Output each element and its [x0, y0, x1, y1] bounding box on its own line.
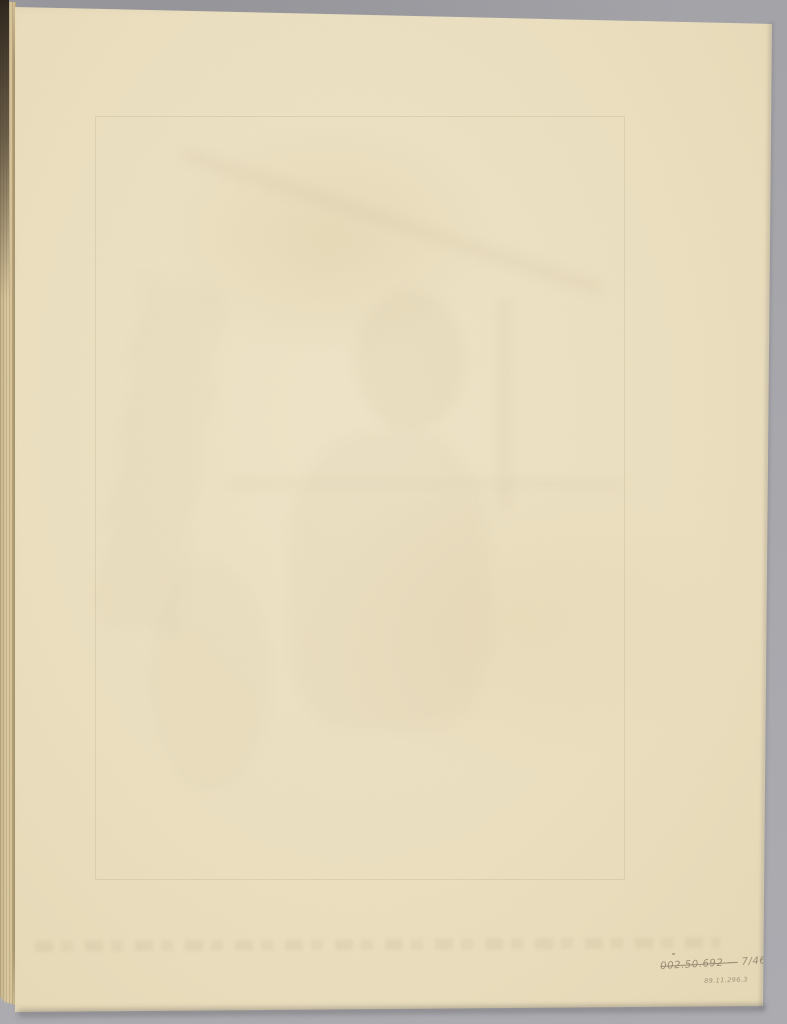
offset-image-ghost — [0, 0, 787, 1024]
ghost-vertical-line — [500, 300, 510, 510]
ghost-horizontal-line — [225, 482, 625, 486]
album-page: 002.50.692 — 7/46 89.11.296.3 — [0, 0, 787, 1024]
ghost-head-shape — [355, 290, 465, 430]
secondary-accession-number: 89.11.296.3 — [704, 975, 748, 985]
pencil-speck — [672, 953, 675, 955]
ghost-lower-shape — [150, 560, 270, 790]
photo-of-album-page: 002.50.692 — 7/46 89.11.296.3 — [0, 0, 787, 1024]
ghost-diagonal-edge — [181, 148, 603, 295]
spine-shadow — [0, 0, 9, 300]
gutter-shadow-line — [13, 4, 15, 1010]
ghost-torso-shape — [290, 430, 490, 730]
